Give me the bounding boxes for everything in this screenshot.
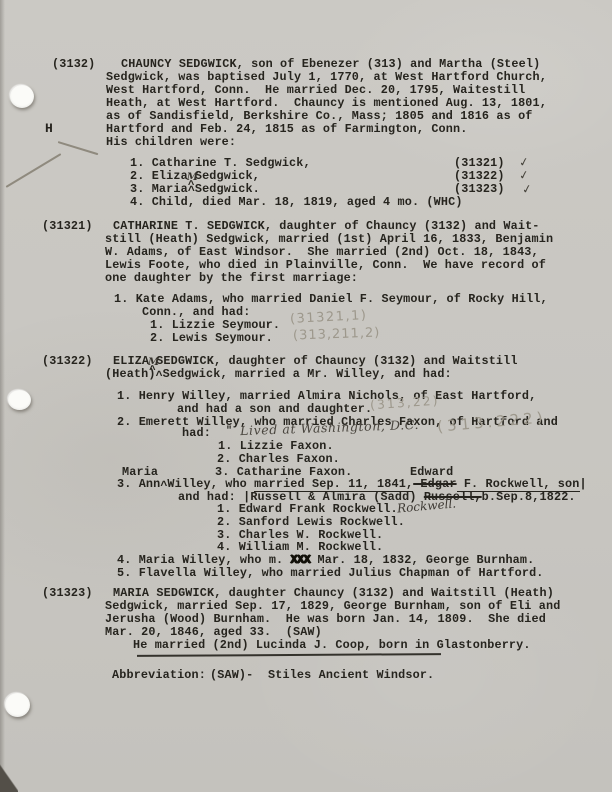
entry-text: ELIZA [113,354,149,368]
margin-letter: H [45,122,53,135]
item-text: Mar. 18, 1832, George Burnham. [310,553,534,567]
list-item: had: [182,427,211,440]
punch-hole-bottom [5,693,30,717]
child-text: Sedgwick. [195,182,260,196]
pencil-annotation: (31321,1) [290,308,368,327]
list-item: 5. Flavella Willey, who married Julius C… [117,567,544,580]
pencil-annotation: (313.222) [436,408,547,435]
abbreviation-key: (SAW)- [210,669,253,682]
entry-text: (Heath) [105,367,156,381]
entry-31321-line: one daughter by the first marriage: [105,272,358,285]
item-text: Willey, who [167,477,254,491]
page-corner-shadow [0,756,18,792]
child-row: 4. Child, died Mar. 18, 1819, aged 4 mo.… [130,196,463,209]
checkmark: ✓ [518,167,530,183]
entry-3132-line: His children were: [106,136,236,149]
entry-3132-ref: (3132) [52,58,95,71]
pencil-stroke [6,153,62,188]
insert-bar: | [580,477,587,491]
blacked-out-text: XXX [291,553,311,567]
pencil-annotation: (313,211,2) [293,325,381,343]
typed-quote-mark: " [226,425,232,438]
pencil-stroke [58,141,99,155]
entry-31323-ref: (31323) [42,587,93,600]
abbreviation-label: Abbreviation: [112,669,206,682]
entry-text: Sedgwick, married a Mr. Willey, and had: [163,367,452,381]
child-text: 3. Maria [130,182,188,196]
scanned-genealogy-page: H (3132) CHAUNCY SEDGWICK, son of Ebenez… [0,0,612,792]
caret-mark: ^ [160,480,167,493]
struck-text: Edgar [413,477,456,491]
entry-text: SEDGWICK, daughter of Chauncy (3132) and… [156,354,517,368]
list-item: 2. Lewis Seymour. [150,332,273,345]
caret-mark: ^ [156,370,163,383]
child-text: Sedgwick, [195,169,260,183]
checkmark: ✓ [521,181,533,197]
punch-hole-middle [8,390,31,410]
entry-31322-ref: (31322) [42,355,93,368]
page-left-edge-shadow [0,0,5,792]
child-text: 2. Eliza [130,169,188,183]
item-text: 4. Maria Willey, who m. [117,553,291,567]
entry-31321-ref: (31321) [42,220,93,233]
abbreviation-value: Stiles Ancient Windsor. [268,669,434,682]
entry-31323-line: He married (2nd) Lucinda J. Coop, born i… [133,639,531,652]
typed-divider-line [137,653,441,657]
entry-31322-line: (Heath)^Sedgwick, married a Mr. Willey, … [105,368,452,381]
item-text: 3. Ann [117,477,160,491]
item-text: b.Sep.8,1822. [482,490,576,504]
punch-hole-top [10,85,34,108]
